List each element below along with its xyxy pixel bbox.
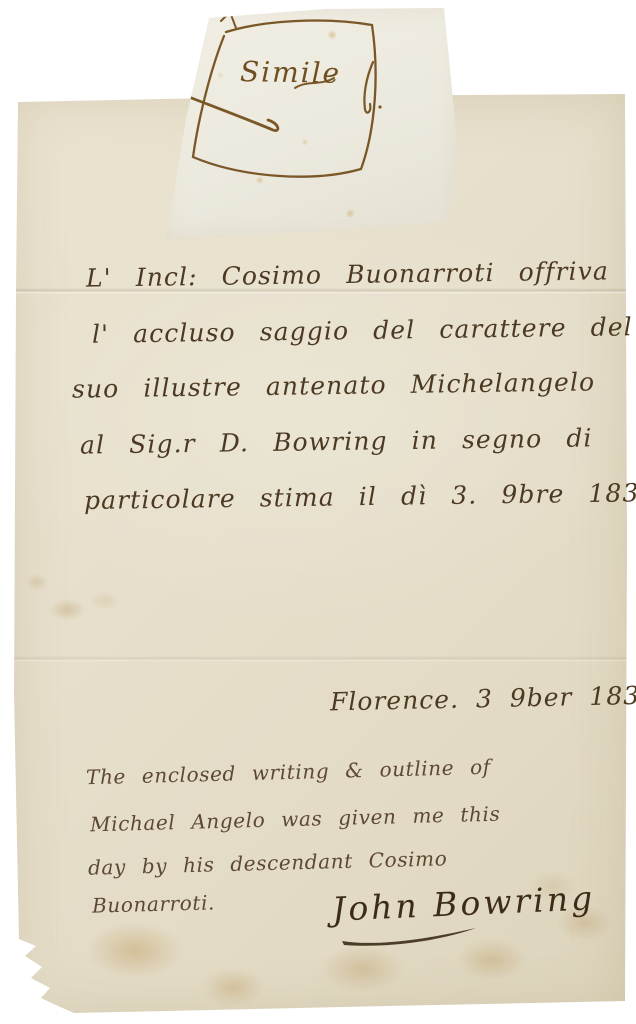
drawn-box-corner-hook <box>221 12 236 28</box>
photo-background: L' Incl: Cosimo Buonarroti offriva l' ac… <box>0 0 636 1024</box>
english-note-line-4: Buonarroti. <box>92 890 216 917</box>
signature-flourish-stroke <box>338 924 488 950</box>
ink-dot <box>378 105 381 108</box>
diagonal-pen-stroke <box>176 92 278 131</box>
fold-crease-lower <box>12 656 627 662</box>
scrap-ink-drawing <box>160 4 462 242</box>
flourish-long-s-stroke <box>364 62 373 113</box>
scrap-word: Simile <box>240 55 342 90</box>
scrap-fragment: Simile <box>160 4 462 242</box>
drawn-box <box>193 21 376 177</box>
